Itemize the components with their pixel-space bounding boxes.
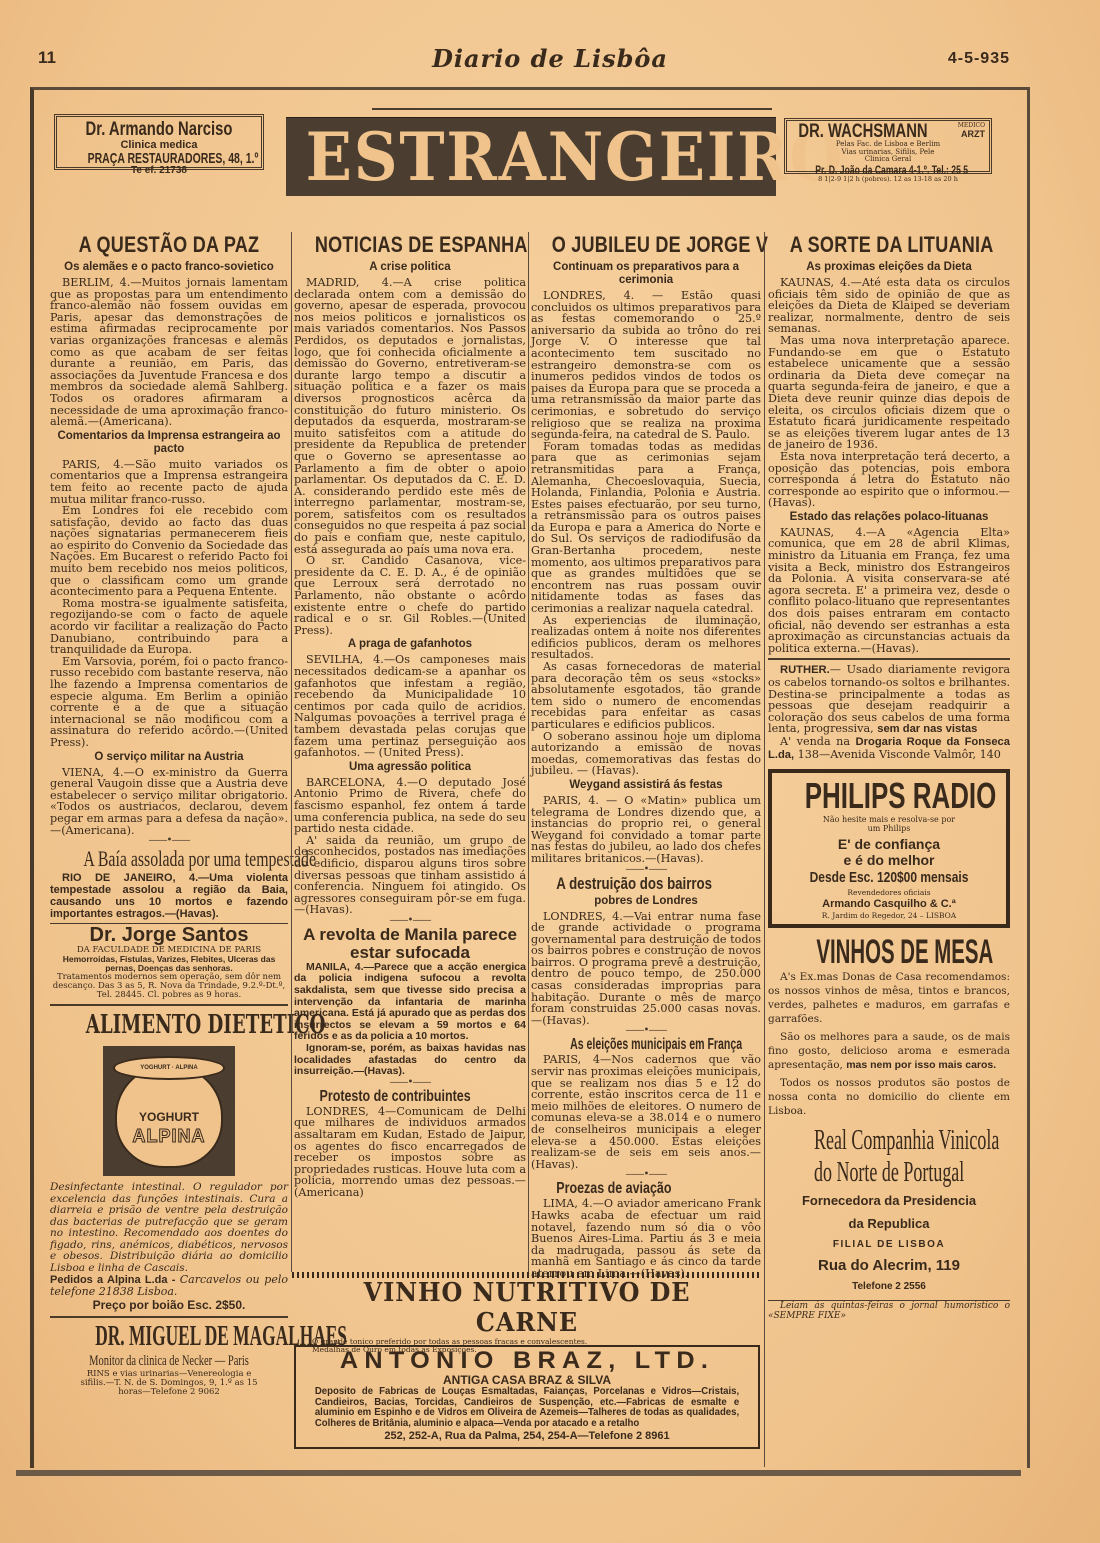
article-text: O sr. Candido Casanova, vice-presidente … bbox=[294, 555, 526, 636]
ad-alpina-headline: ALIMENTO DIETETICO bbox=[86, 1010, 253, 1040]
article-text: As experiencias de iluminação, realizada… bbox=[531, 615, 761, 661]
ornament-divider: ——•—— bbox=[50, 836, 288, 846]
footer-note-sempre-fixe: Leiam ás quintas-feiras o jornal humoris… bbox=[768, 1301, 1010, 1321]
article-text: Em Varsovia, porém, foi o pacto franco-r… bbox=[50, 656, 288, 749]
headline-aviacao: Proezas de aviação bbox=[556, 1180, 735, 1198]
article-text: LIMA, 4.—O aviador americano Frank Hawks… bbox=[531, 1198, 761, 1279]
subhead-bairros: pobres de Londres bbox=[531, 895, 761, 908]
article-text: MADRID, 4.—A crise politica declarada on… bbox=[294, 277, 526, 555]
ad-santos-text: Tratamentos modernos sem operação, sem d… bbox=[50, 973, 288, 1000]
article-text: LONDRES, 4.—Vai entrar numa fase de gran… bbox=[531, 911, 761, 1027]
article-text: VIENA, 4.—O ex-ministro da Guerra genera… bbox=[50, 767, 288, 837]
ad-vinhos-supplier1: Fornecedora da Presidencia bbox=[768, 1188, 1010, 1214]
ad-alpina-text: Desinfectante intestinal. O regulador po… bbox=[50, 1182, 288, 1274]
headline-jubileu: O JUBILEU DE JORGE V bbox=[552, 232, 741, 258]
ad-magalhaes-subtitle: Monitor da clinica de Necker — Paris bbox=[86, 1352, 253, 1370]
headline-baia: A Baía assolada por uma tempestade bbox=[83, 846, 254, 872]
ad-wachsmann-title-pt: MEDICO bbox=[958, 122, 985, 129]
subhead-austria: O serviço militar na Austria bbox=[50, 751, 288, 764]
section-banner-title: ESTRANGEIRO bbox=[306, 118, 757, 196]
ad-philips-radio: PHILIPS RADIO Não hesite mais e resolva-… bbox=[768, 769, 1010, 928]
column-2: NOTICIAS DE ESPANHA A crise politica MAD… bbox=[294, 232, 526, 1199]
article-text-manila: MANILA, 4.—Parece que a acção energica d… bbox=[294, 962, 526, 1043]
ad-wachsmann-title-de: ARZT bbox=[961, 129, 985, 139]
ad-vinhos-p1: A's Ex.mas Donas de Casa recomendamos: o… bbox=[768, 970, 1010, 1026]
ad-vinhos-headline: VINHOS DE MESA bbox=[816, 934, 961, 970]
article-text: KAUNAS, 4.—Até esta data os circulos ofi… bbox=[768, 277, 1010, 335]
article-text: Em Londres foi ele recebido com satisfaç… bbox=[50, 505, 288, 598]
ad-ruther-sale: A' venda na bbox=[780, 735, 856, 748]
headline-protesto: Protesto de contribuintes bbox=[320, 1088, 501, 1106]
ornament-divider: ——•—— bbox=[531, 1026, 761, 1036]
headline-bairros: A destruição dos bairros bbox=[556, 875, 735, 893]
article-text: Mas uma nova interpretação aparece. Fund… bbox=[768, 335, 1010, 451]
ad-vinhos-mesa: VINHOS DE MESA A's Ex.mas Donas de Casa … bbox=[768, 934, 1010, 1298]
jar-lid: YOGHURT · ALPINA bbox=[113, 1056, 225, 1080]
article-text: O soberano assinou hoje um diploma autor… bbox=[531, 731, 761, 777]
subhead-polaco-lituanas: Estado das relações polaco-lituanas bbox=[768, 511, 1010, 524]
article-text: PARIS, 4. — O «Matin» publica um telegra… bbox=[531, 795, 761, 865]
ad-vinho-nutritivo-headline: VINHO NUTRITIVO DE CARNE bbox=[311, 1278, 743, 1338]
ad-philips-address: R. Jardim do Regedor, 24 – LISBOA bbox=[772, 911, 1006, 920]
column-rule bbox=[291, 232, 292, 1272]
issue-date: 4-5-935 bbox=[948, 50, 1010, 68]
subhead-pacto: Os alemães e o pacto franco-sovietico bbox=[50, 261, 288, 274]
article-text: LONDRES, 4—Comunicam de Delhi que milhar… bbox=[294, 1106, 526, 1199]
ad-philips-slogan1: E' de confiança bbox=[772, 836, 1006, 852]
ad-vinhos-branch: FILIAL DE LISBOA bbox=[768, 1234, 1010, 1256]
section-banner: ESTRANGEIRO bbox=[286, 117, 776, 196]
article-text: As casas fornecedoras de material para d… bbox=[531, 661, 761, 731]
article-text: Esta nova interpretação terá decerto, a … bbox=[768, 451, 1010, 509]
ad-ruther-bold: sem dar nas vistas bbox=[877, 723, 977, 735]
column-1: A QUESTÃO DA PAZ Os alemães e o pacto fr… bbox=[50, 232, 288, 1397]
article-text-manila: Ignoram-se, porém, as baixas havidas nas… bbox=[294, 1043, 526, 1078]
article-text: PARIS, 4.—São muito variados os comentar… bbox=[50, 459, 288, 505]
ad-dr-magalhaes: DR. MIGUEL DE MAGALHAES Monitor da clini… bbox=[50, 1322, 288, 1397]
divider bbox=[768, 658, 1010, 660]
subhead-preparativos: Continuam os preparativos para a cerimon… bbox=[531, 261, 761, 287]
ad-braz-address: 252, 252-A, Rua da Palma, 254, 254-A—Tel… bbox=[296, 1429, 758, 1443]
jar-label-alpina: ALPINA bbox=[103, 1126, 235, 1147]
ad-philips-dealers-label: Revendedores oficiais bbox=[772, 888, 1006, 898]
ad-vinhos-p3: Todos os nossos produtos são postos de n… bbox=[768, 1076, 1010, 1118]
ad-narciso-address: PRAÇA RESTAURADORES, 48, 1.º bbox=[88, 151, 231, 166]
ad-ruther: RUTHER.— Usado diariamente revigora os c… bbox=[768, 664, 1010, 736]
subhead-weygand: Weygand assistirá ás festas bbox=[531, 779, 761, 792]
ornament-divider: ——•—— bbox=[531, 1170, 761, 1180]
ad-vinho-nutritivo: VINHO NUTRITIVO DE CARNE O grande tonico… bbox=[292, 1272, 762, 1354]
subhead-crise: A crise politica bbox=[294, 261, 526, 274]
banner-rule bbox=[372, 108, 772, 110]
ad-ruther-brand: RUTHER. bbox=[780, 664, 830, 676]
bottom-rule bbox=[16, 1470, 1021, 1476]
ad-vinhos-company2: do Norte de Portugal bbox=[814, 1156, 964, 1188]
subhead-dieta: As proximas eleições da Dieta bbox=[768, 261, 1010, 274]
masthead: Diario de Lisbôa bbox=[0, 44, 1100, 73]
ad-narciso-phone: Te ef. 21738 bbox=[57, 166, 261, 176]
article-text: Foram tomadas todas as medidas para que … bbox=[531, 441, 761, 615]
ornament-divider: ——•—— bbox=[294, 1078, 526, 1088]
ad-vinhos-p2-bold: mas nem por isso mais caros. bbox=[846, 1059, 996, 1071]
ad-philips-price: Desde Esc. 120$00 mensais bbox=[795, 868, 982, 888]
ad-philips-dealer: Armando Casquilho & C.ª bbox=[772, 898, 1006, 911]
ad-wachsmann-name: DR. WACHSMANN bbox=[793, 123, 933, 141]
ad-vinhos-address: Rua do Alecrim, 119 bbox=[768, 1256, 1010, 1276]
jar-label-yoghurt: YOGHURT bbox=[103, 1110, 235, 1124]
article-text: LONDRES, 4. — Estão quasi concluidos os … bbox=[531, 290, 761, 441]
article-text: SEVILHA, 4.—Os camponeses mais necessita… bbox=[294, 654, 526, 758]
headline-questao-paz: A QUESTÃO DA PAZ bbox=[71, 232, 266, 258]
ad-dr-wachsmann: DR. WACHSMANN MEDICO ARZT Pelas Fac. de … bbox=[784, 118, 992, 174]
article-text: Roma mostra-se igualmente satisfeita, re… bbox=[50, 598, 288, 656]
ad-santos-name: Dr. Jorge Santos bbox=[50, 924, 288, 946]
divider bbox=[50, 1004, 288, 1006]
subhead-agressao: Uma agressão politica bbox=[294, 761, 526, 774]
ad-vinhos-company1: Real Companhia Vinicola bbox=[814, 1124, 964, 1156]
ad-antonio-braz: ANTONIO BRAZ, LTD. ANTIGA CASA BRAZ & SI… bbox=[294, 1345, 760, 1449]
ad-vinhos-supplier2: da Republica bbox=[768, 1214, 1010, 1234]
ad-philips-slogan2: e é do melhor bbox=[772, 852, 1006, 868]
ad-magalhaes-text: RINS e vias urinarias—Venereologia e sif… bbox=[50, 1370, 288, 1397]
ad-braz-subtitle: ANTIGA CASA BRAZ & SILVA bbox=[296, 1373, 758, 1387]
headline-espanha: NOTICIAS DE ESPANHA bbox=[315, 232, 505, 258]
ad-dr-narciso: Dr. Armando Narciso Clinica medica PRAÇA… bbox=[54, 114, 264, 170]
article-text: A' saida da reunião, um grupo de desconh… bbox=[294, 835, 526, 916]
column-4: A SORTE DA LITUANIA As proximas eleições… bbox=[768, 232, 1010, 1321]
column-rule bbox=[764, 232, 765, 1467]
ad-braz-text: Deposito de Fabricas de Louças Esmaltada… bbox=[305, 1387, 749, 1429]
ad-ruther-address: 138—Avenida Visconde Valmôr, 140 bbox=[794, 748, 1001, 761]
ad-braz-headline: ANTONIO BRAZ, LTD. bbox=[284, 1349, 769, 1373]
article-text-baia: RIO DE JANEIRO, 4.—Uma violenta tempesta… bbox=[50, 872, 288, 920]
ad-dr-santos: Dr. Jorge Santos DA FACULDADE DE MEDICIN… bbox=[50, 923, 288, 1000]
ad-philips-line1: Não hesite mais e resolva-se por um Phil… bbox=[772, 815, 1006, 833]
ad-philips-headline: PHILIPS RADIO bbox=[805, 777, 973, 815]
article-text: BERLIM, 4.—Muitos jornais lamentam que a… bbox=[50, 277, 288, 428]
headline-manila: A revolta de Manila parece estar sufocad… bbox=[294, 926, 526, 962]
ad-santos-specialties: Hemorroidas, Fistulas, Varizes, Flebites… bbox=[50, 955, 288, 973]
subhead-gafanhotos: A praga de gafanhotos bbox=[294, 638, 526, 651]
headline-eleicoes: As eleições municipais em França bbox=[570, 1036, 722, 1054]
ad-vinhos-phone: Telefone 2 2556 bbox=[768, 1276, 1010, 1298]
article-text: PARIS, 4—Nos cadernos que vão servir nas… bbox=[531, 1054, 761, 1170]
divider bbox=[50, 1316, 288, 1318]
article-text: KAUNAS, 4.—A «Agencia Elta» comunica, qu… bbox=[768, 527, 1010, 655]
ad-alpina: ALIMENTO DIETETICO YOGHURT · ALPINA YOGH… bbox=[50, 1010, 288, 1312]
yoghurt-jar-illustration: YOGHURT · ALPINA YOGHURT ALPINA bbox=[103, 1046, 235, 1176]
ad-wachsmann-hours: 8 1|2-9 1|2 h (pobres). 12 as 13-18 as 2… bbox=[787, 176, 989, 183]
ad-magalhaes-name: DR. MIGUEL DE MAGALHAES bbox=[95, 1322, 243, 1352]
ad-alpina-price: Preço por boião Esc. 2$50. bbox=[50, 1298, 288, 1312]
headline-lituania: A SORTE DA LITUANIA bbox=[790, 232, 988, 258]
column-3: O JUBILEU DE JORGE V Continuam os prepar… bbox=[531, 232, 761, 1280]
article-text: BARCELONA, 4.—O deputado José Antonio Pr… bbox=[294, 777, 526, 835]
column-rule bbox=[528, 232, 529, 1272]
ad-narciso-name: Dr. Armando Narciso bbox=[79, 120, 238, 140]
ad-wachsmann-address: Pr. D. João da Camara 4-1.º. Tel.: 25 5 bbox=[815, 164, 960, 176]
subhead-comentarios: Comentarios da Imprensa estrangeira ao p… bbox=[50, 430, 288, 456]
